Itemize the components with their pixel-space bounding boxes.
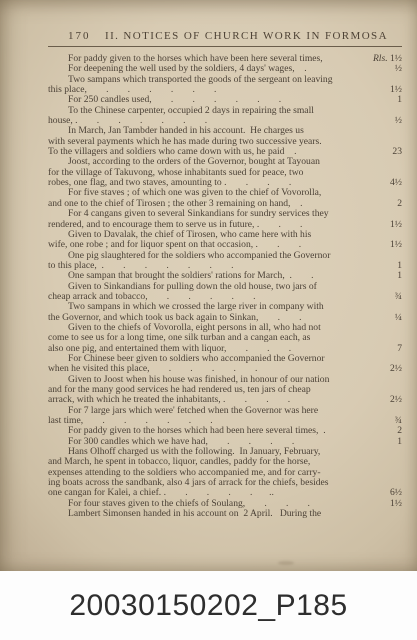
line-text: rendered, and to encourage them to serve… [48, 219, 259, 230]
dot-leader: . . [258, 239, 301, 250]
running-title: II. NOTICES OF CHURCH WORK IN FORMOSA [105, 30, 402, 42]
amount-value: 2 [397, 199, 402, 209]
archival-id-label: 20030150202_P185 [69, 589, 347, 623]
amount-value: 1½ [390, 220, 402, 230]
ledger-entry: Given to the chiefs of Vovorolla, eight … [48, 323, 402, 354]
line-text: cheap arrack and tobacco, [48, 291, 148, 302]
line-text: to this place, . [48, 260, 104, 271]
archival-label-strip: 20030150202_P185 [0, 571, 417, 640]
line-text: To the Chinese carpenter, occupied 2 day… [68, 105, 314, 116]
ledger-entry: For five staves ; of which one was given… [48, 188, 402, 209]
ledger-entry: Given to Joost when his house was finish… [48, 375, 402, 406]
scanned-page: 170 II. NOTICES OF CHURCH WORK IN FORMOS… [0, 0, 417, 640]
ledger-entry: For 4 cangans given to several Sinkandia… [48, 209, 402, 230]
line-text: For five staves ; of which one was given… [68, 187, 321, 198]
ledger-entry: To the Chinese carpenter, occupied 2 day… [48, 106, 402, 127]
line-text: For 300 candles which we have had, [68, 436, 208, 447]
text-line: Lambert Simonsen handed in his account o… [48, 509, 402, 519]
amount-value: 1 [377, 437, 402, 447]
amount-value: 2½ [390, 395, 402, 405]
amount-value: ¾ [395, 292, 402, 302]
dot-leader: . . . . . [148, 291, 256, 302]
ledger-entry: Lambert Simonsen handed in his account o… [48, 509, 402, 519]
line-text: In March, Jan Tambder handed in his acco… [68, 125, 304, 136]
amount-value: 1 [377, 271, 402, 281]
page-content: 170 II. NOTICES OF CHURCH WORK IN FORMOS… [48, 30, 402, 519]
dot-leader: . . . . .. [166, 487, 274, 498]
line-text: For deepening the well used by the soldi… [68, 63, 295, 74]
ledger-entry: Joost, according to the orders of the Go… [48, 157, 402, 188]
amount-value: 4½ [390, 178, 402, 188]
line-text: For four staves given to the chiefs of S… [68, 498, 245, 509]
line-text: Given to Joost when his house was finish… [68, 374, 329, 385]
line-text: house, . [48, 115, 78, 126]
running-header: 170 II. NOTICES OF CHURCH WORK IN FORMOS… [48, 30, 402, 42]
line-text: Given to Davalak, the chief of Tirosen, … [68, 229, 311, 240]
ledger-entry: In March, Jan Tambder handed in his acco… [48, 126, 402, 157]
amount-value: 1½ [370, 499, 402, 509]
dot-leader: . . [259, 219, 302, 230]
line-text: One pig slaughtered for the soldiers who… [68, 250, 330, 261]
currency-label: Rls. [373, 53, 390, 64]
line-text: Hans Olhoff charged us with the followin… [68, 446, 320, 457]
dot-leader: . . . . [208, 436, 294, 447]
line-text: and one to the chief of Tirosen ; the ot… [48, 198, 290, 209]
line-text: For Chinese beer given to soldiers who a… [68, 353, 325, 364]
ledger-entries: For paddy given to the horses which have… [48, 54, 402, 519]
dot-leader: . . . . . . [87, 84, 217, 95]
line-text: ing boats across the sandbank, also 4 ja… [48, 477, 329, 488]
line-text: Lambert Simonsen handed in his account o… [68, 508, 321, 519]
line-text: this place, [48, 84, 87, 95]
line-text: For 7 large jars which were' fetched whe… [68, 405, 318, 416]
line-text: when he visited this place, [48, 363, 150, 374]
amount-value: 1½ [390, 240, 402, 250]
line-text: for the village of Takuvong, whose inhab… [48, 167, 303, 178]
line-text: also one pig, and entertained them with … [48, 343, 226, 354]
dot-leader: . [284, 146, 296, 157]
line-text: with several payments which he has made … [48, 136, 322, 147]
book-page: 170 II. NOTICES OF CHURCH WORK IN FORMOS… [0, 0, 417, 571]
line-text: One sampan that brought the soldiers' ra… [68, 270, 292, 281]
line-text: Given to the chiefs of Vovorolla, eight … [68, 322, 321, 333]
ledger-entry: For 7 large jars which were' fetched whe… [48, 406, 402, 427]
line-text: arrack, with which he treated the inhabi… [48, 394, 225, 405]
line-text: For paddy given to the horses which had … [68, 425, 326, 436]
dot-leader: . . . . . . [104, 260, 234, 271]
dot-leader: . . . [245, 498, 310, 509]
dot-leader: . . [258, 312, 301, 323]
paper-smudge [278, 561, 294, 565]
amount-value: 1 [377, 95, 402, 105]
line-text: and for the many good services he had re… [48, 384, 311, 395]
dot-leader: . [295, 63, 307, 74]
dot-leader: . . . [226, 343, 291, 354]
line-text: the Governor, and which took us back aga… [48, 312, 258, 323]
line-text: one cangan for Kalei, a chief. . [48, 487, 166, 498]
ledger-entry: One pig slaughtered for the soldiers who… [48, 251, 402, 272]
line-text: come to see us for a long time, one silk… [48, 332, 310, 343]
line-text: To the villagers and soldiers who came d… [48, 146, 284, 157]
ledger-entry: Given to Sinkandians for pulling down th… [48, 282, 402, 303]
ledger-entry: Two sampans in which we crossed the larg… [48, 302, 402, 323]
dot-leader: . . . [225, 394, 290, 405]
dot-leader: . . . [227, 177, 292, 188]
line-text: For 4 cangans given to several Sinkandia… [68, 208, 329, 219]
dot-leader: . . . . . . [78, 115, 208, 126]
line-text: and March, he spent in tobacco, liquor, … [48, 456, 310, 467]
ledger-entry: For Chinese beer given to soldiers who a… [48, 354, 402, 375]
amount-value: ½ [395, 116, 402, 126]
dot-leader: . . . . . . [152, 94, 282, 105]
dot-leader: . [290, 198, 302, 209]
page-number: 170 [68, 30, 105, 42]
ledger-entry: Given to Davalak, the chief of Tirosen, … [48, 230, 402, 251]
line-text: Two sampans which transported the goods … [68, 74, 333, 85]
ledger-entry: Hans Olhoff charged us with the followin… [48, 447, 402, 499]
line-text: expenses attending to the soldiers who a… [48, 467, 321, 478]
header-rule [48, 46, 402, 47]
line-text: Joost, according to the orders of the Go… [68, 156, 320, 167]
amount-value: 23 [392, 147, 402, 157]
dot-leader: . . . . . [150, 363, 258, 374]
amount-value: ¼ [395, 313, 402, 323]
ledger-entry: Two sampans which transported the goods … [48, 75, 402, 96]
line-text: For 250 candles used, [68, 94, 152, 105]
line-text: For paddy given to the horses which have… [68, 53, 323, 64]
amount-value: 2½ [390, 364, 402, 374]
line-text: Given to Sinkandians for pulling down th… [68, 281, 317, 292]
line-text: wife, one robe ; and for liquor spent on… [48, 239, 258, 250]
amount-value: ½ [375, 64, 402, 74]
dot-leader: . [292, 270, 314, 281]
amount-value: 7 [397, 344, 402, 354]
line-text: Two sampans in which we crossed the larg… [68, 301, 324, 312]
line-text: robes, one flag, and two staves, amounti… [48, 177, 227, 188]
dot-leader: . . . . . . [83, 415, 213, 426]
line-text: last time, [48, 415, 83, 426]
